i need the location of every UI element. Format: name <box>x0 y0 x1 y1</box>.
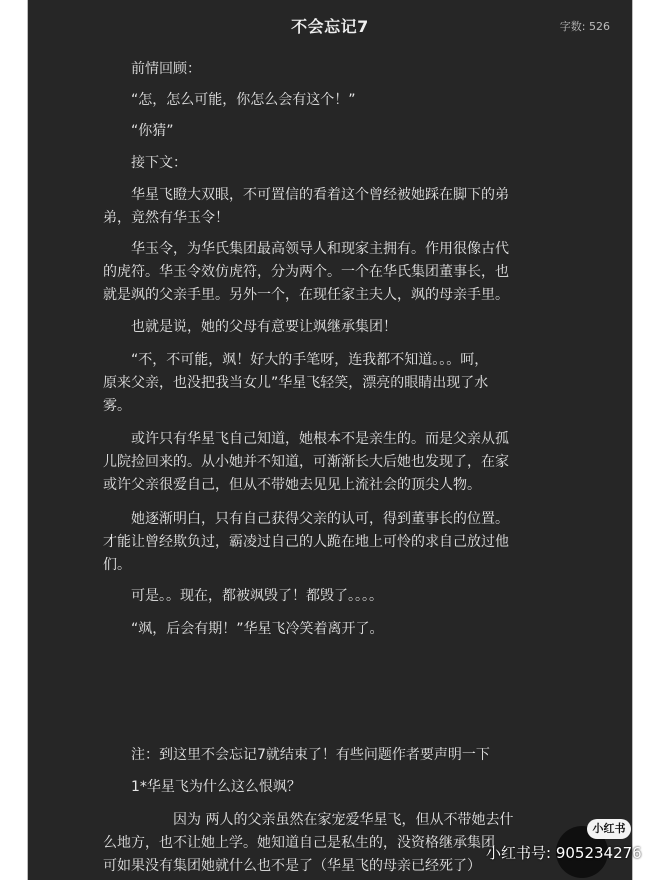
paragraph: 也就是说，她的父母有意要让飒继承集团！ <box>103 316 517 339</box>
paragraph-line: 华玉令，为华氏集团最高领导人和现家主拥有。作用很像古代 <box>103 238 517 261</box>
question-1: 1*华星飞为什么这么恨飒？ <box>131 776 301 799</box>
paragraph: 可是。。现在，都被飒毁了！都毁了。。。。 <box>103 585 517 608</box>
chapter-title: 不会忘记7 <box>28 14 632 37</box>
paragraph-line: 原来父亲，也没把我当女儿”华星飞轻笑，漂亮的眼睛出现了水 <box>103 372 517 395</box>
paragraph-line: 儿院捡回来的。从小她并不知道，可渐渐长大后她也发现了，在家 <box>103 451 517 474</box>
paragraph-line: “不，不可能，飒！好大的手笔呀，连我都不知道。。。呵， <box>103 349 517 372</box>
paragraph-line: 的虎符。华玉令效仿虎符，分为两个。一个在华氏集团董事长，也 <box>103 261 517 284</box>
author-note: 注：到这里不会忘记7就结束了！有些问题作者要声明一下 <box>131 744 490 767</box>
paragraph: 或许只有华星飞自己知道，她根本不是亲生的。而是父亲从孤 儿院捡回来的。从小她并不… <box>103 428 517 497</box>
answer-line: 因为 两人的父亲虽然在家宠爱华星飞，但从不带她去什 <box>103 809 517 832</box>
answer-1: 因为 两人的父亲虽然在家宠爱华星飞，但从不带她去什 么地方，也不让她上学。她知道… <box>103 809 517 878</box>
paragraph-line: 华星飞瞪大双眼，不可置信的看着这个曾经被她踩在脚下的弟 <box>103 184 517 207</box>
paragraph-line: 或许父亲很爱自己，但从不带她去见见上流社会的顶尖人物。 <box>103 474 517 497</box>
recap-label: 前情回顾： <box>131 58 201 81</box>
paragraph: “飒，后会有期！”华星飞冷笑着离开了。 <box>103 618 517 641</box>
paragraph-line: 就是飒的父亲手里。另外一个，在现任家主夫人，飒的母亲手里。 <box>103 284 517 307</box>
paragraph-line: 她逐渐明白，只有自己获得父亲的认可，得到董事长的位置。 <box>103 508 517 531</box>
paragraph: 华星飞瞪大双眼，不可置信的看着这个曾经被她踩在脚下的弟 弟，竟然有华玉令！ <box>103 184 517 230</box>
paragraph-line: 雾。 <box>103 395 517 418</box>
paragraph-line: 也就是说，她的父母有意要让飒继承集团！ <box>103 316 517 339</box>
answer-line: 么地方，也不让她上学。她知道自己是私生的，没资格继承集团 <box>103 832 517 855</box>
paragraph: “不，不可能，飒！好大的手笔呀，连我都不知道。。。呵， 原来父亲，也没把我当女儿… <box>103 349 517 418</box>
paragraph-line: 们。 <box>103 554 517 577</box>
continue-label: 接下文： <box>131 152 187 175</box>
paragraph-line: “飒，后会有期！”华星飞冷笑着离开了。 <box>103 618 517 641</box>
paragraph: 华玉令，为华氏集团最高领导人和现家主拥有。作用很像古代 的虎符。华玉令效仿虎符，… <box>103 238 517 307</box>
paragraph: 她逐渐明白，只有自己获得父亲的认可，得到董事长的位置。 才能让曾经欺负过，霸凌过… <box>103 508 517 577</box>
paragraph-line: 或许只有华星飞自己知道，她根本不是亲生的。而是父亲从孤 <box>103 428 517 451</box>
answer-line: 可如果没有集团她就什么也不是了（华星飞的母亲已经死了） <box>103 855 517 878</box>
paragraph-line: 弟，竟然有华玉令！ <box>103 207 517 230</box>
xiaohongshu-logo-badge: 小红书 <box>587 819 631 839</box>
paragraph-line: 可是。。现在，都被飒毁了！都毁了。。。。 <box>103 585 517 608</box>
word-count: 字数: 526 <box>560 18 610 34</box>
paragraph-line: 才能让曾经欺负过，霸凌过自己的人跪在地上可怜的求自己放过他 <box>103 531 517 554</box>
watermark-account-id: 小红书号: 905234276 <box>486 842 642 863</box>
recap-dialogue-1: “怎，怎么可能，你怎么会有这个！” <box>131 89 356 112</box>
recap-dialogue-2: “你猜” <box>131 120 174 143</box>
